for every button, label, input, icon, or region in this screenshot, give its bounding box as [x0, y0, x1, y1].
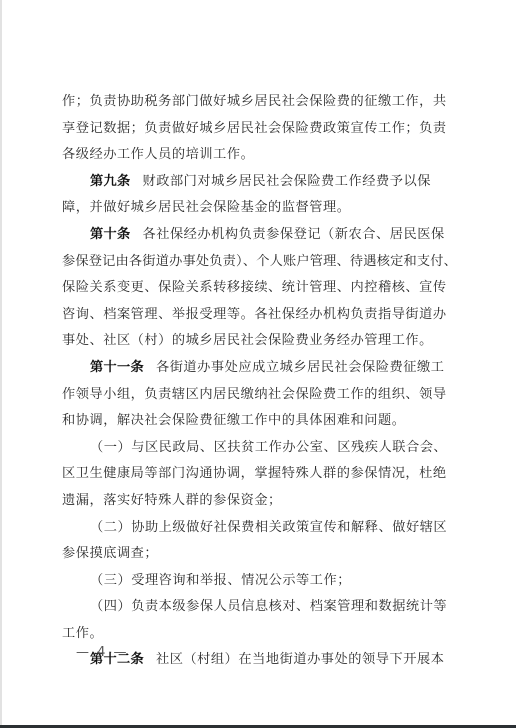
- text-line: 遗漏，落实好特殊人群的参保资金；: [62, 488, 448, 515]
- text-line: 区卫生健康局等部门沟通协调，掌握特殊人群的参保情况，杜绝: [62, 461, 448, 488]
- list-item-2: （二）协助上级做好社保费相关政策宣传和解释、做好辖区: [62, 515, 448, 542]
- list-item-4: （四）负责本级参保人员信息核对、档案管理和数据统计等: [62, 594, 448, 621]
- document-page: 作；负责协助税务部门做好城乡居民社会保险费的征缴工作，共 享登记数据；负责做好城…: [62, 89, 448, 674]
- article-heading: 第十条: [90, 227, 130, 242]
- article-heading: 第九条: [90, 174, 130, 189]
- text-line: 参保登记由各街道办事处负责）、个人账户管理、待遇核定和支付、: [62, 249, 448, 276]
- text-line: 各级经办工作人员的培训工作。: [62, 142, 448, 169]
- text-line: 咨询、档案管理、举报受理等。各社保经办机构负责指导街道办: [62, 302, 448, 329]
- page-number: — 4 —: [76, 645, 129, 660]
- text-line: 事处、社区（村）的城乡居民社会保险费业务经办管理工作。: [62, 328, 448, 355]
- list-item-1: （一）与区民政局、区扶贫工作办公室、区残疾人联合会、: [62, 435, 448, 462]
- list-item-3: （三）受理咨询和举报、情况公示等工作；: [62, 568, 448, 595]
- text-line: 作领导小组，负责辖区内居民缴纳社会保险费工作的组织、领导: [62, 382, 448, 409]
- text-line: 作；负责协助税务部门做好城乡居民社会保险费的征缴工作，共: [62, 89, 448, 116]
- text-line: 工作。: [62, 621, 448, 648]
- page-left-edge: [0, 0, 2, 728]
- article-heading: 第十一条: [90, 360, 144, 375]
- article-text: 各社保经办机构负责参保登记（新农合、居民医保: [142, 227, 444, 242]
- text-line: 和协调，解决社会保险费征缴工作中的具体困难和问题。: [62, 408, 448, 435]
- article-10: 第十条各社保经办机构负责参保登记（新农合、居民医保: [62, 222, 448, 249]
- text-line: 保险关系变更、保险关系转移接续、统计管理、内控稽核、宣传: [62, 275, 448, 302]
- text-line: 参保摸底调查；: [62, 541, 448, 568]
- article-11: 第十一条各街道办事处应成立城乡居民社会保险费征缴工: [62, 355, 448, 382]
- article-text: 社区（村组）在当地街道办事处的领导下开展本: [156, 652, 445, 667]
- text-line: 享登记数据；负责做好城乡居民社会保险费政策宣传工作；负责: [62, 116, 448, 143]
- text-line: 障，并做好城乡居民社会保险基金的监督管理。: [62, 195, 448, 222]
- article-text: 各街道办事处应成立城乡居民社会保险费征缴工: [156, 360, 445, 375]
- article-text: 财政部门对城乡居民社会保险费工作经费予以保: [142, 174, 431, 189]
- article-9: 第九条财政部门对城乡居民社会保险费工作经费予以保: [62, 169, 448, 196]
